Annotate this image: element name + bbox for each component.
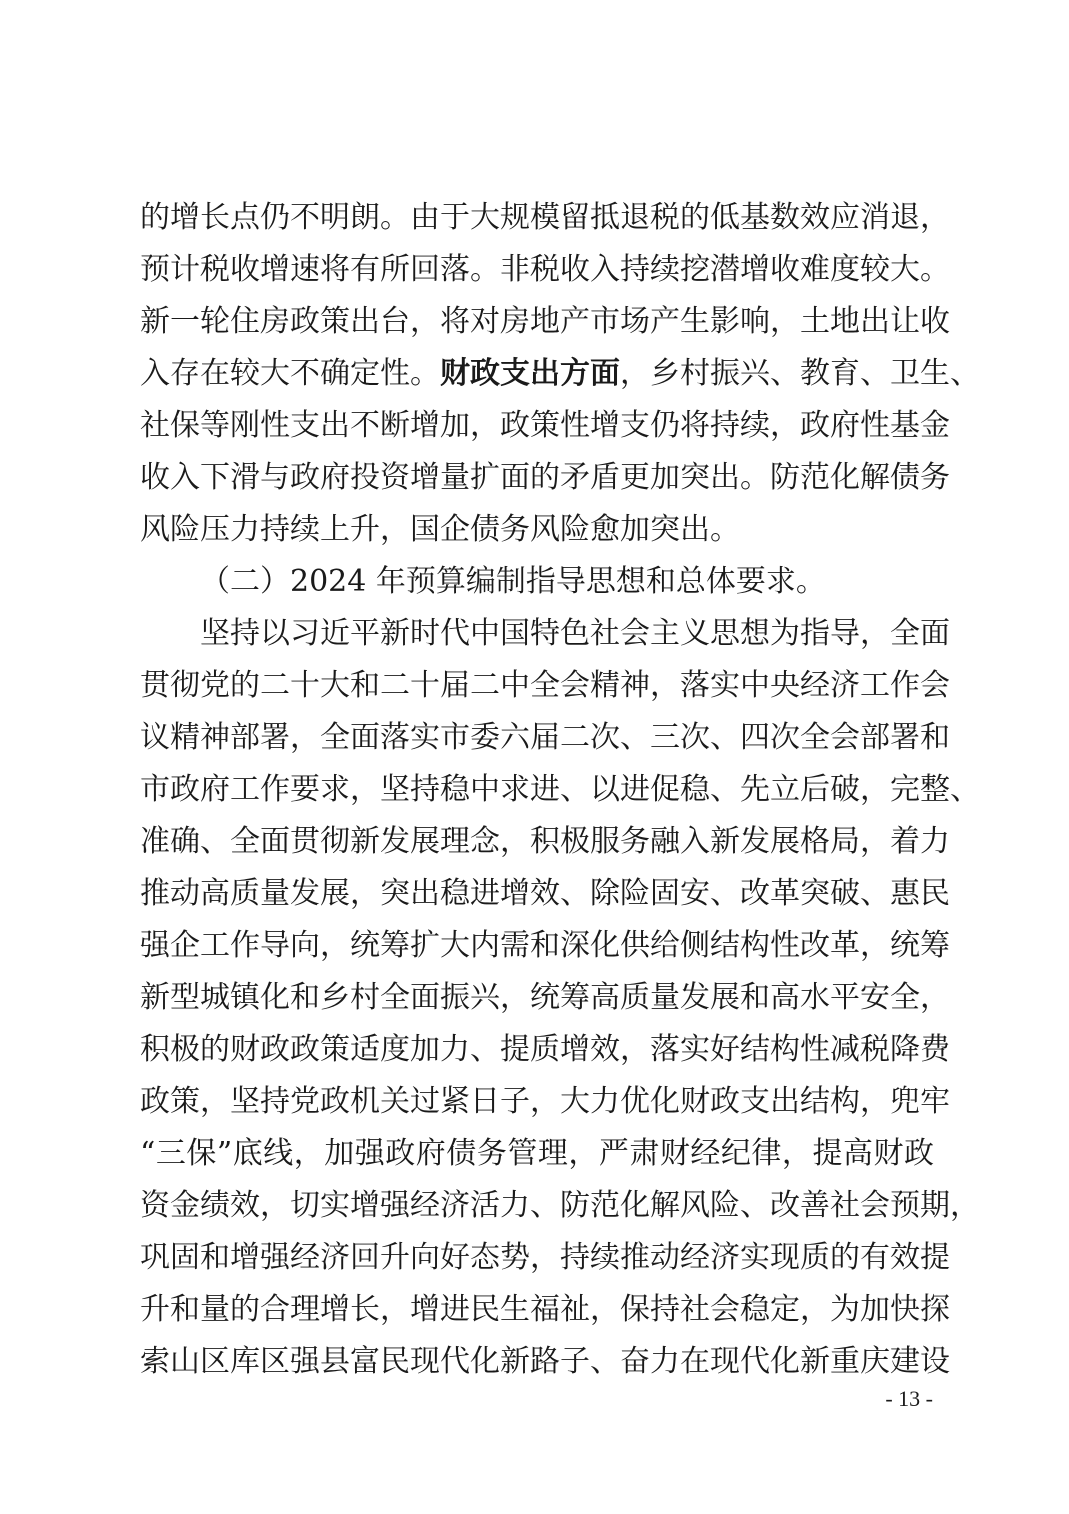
text-segment: 入存在较大不确定性。	[140, 356, 440, 391]
text-line: 新一轮住房政策出台，将对房地产市场产生影响，土地出让收	[140, 302, 934, 342]
text-line: 推动高质量发展，突出稳进增效、除险固安、改革突破、惠民	[140, 874, 934, 914]
text-line: 预计税收增速将有所回落。非税收入持续挖潜增收难度较大。	[140, 250, 934, 290]
text-line: “三保”底线，加强政府债务管理，严肃财经纪律，提高财政	[140, 1134, 934, 1174]
text-line: 的增长点仍不明朗。由于大规模留抵退税的低基数效应消退，	[140, 198, 934, 238]
document-page: 的增长点仍不明朗。由于大规模留抵退税的低基数效应消退， 预计税收增速将有所回落。…	[0, 0, 1069, 1514]
text-line: 贯彻党的二十大和二十届二中全会精神，落实中央经济工作会	[140, 666, 934, 706]
text-line: 收入下滑与政府投资增量扩面的矛盾更加突出。防范化解债务	[140, 458, 934, 498]
text-line-with-emphasis: 入存在较大不确定性。财政支出方面，乡村振兴、教育、卫生、	[140, 354, 934, 394]
text-segment: ，乡村振兴、教育、卫生、	[620, 356, 980, 391]
text-line: 社保等刚性支出不断增加，政策性增支仍将持续，政府性基金	[140, 406, 934, 446]
text-line: 资金绩效，切实增强经济活力、防范化解风险、改善社会预期，	[140, 1186, 934, 1226]
text-line: 风险压力持续上升，国企债务风险愈加突出。	[140, 510, 934, 550]
text-line: 强企工作导向，统筹扩大内需和深化供给侧结构性改革，统筹	[140, 926, 934, 966]
text-line: 升和量的合理增长，增进民生福祉，保持社会稳定，为加快探	[140, 1290, 934, 1330]
text-line: 准确、全面贯彻新发展理念，积极服务融入新发展格局，着力	[140, 822, 934, 862]
bold-emphasis-fiscal-expenditure: 财政支出方面	[440, 356, 620, 391]
text-line: 巩固和增强经济回升向好态势，持续推动经济实现质的有效提	[140, 1238, 934, 1278]
section-heading: （二）2024 年预算编制指导思想和总体要求。	[200, 562, 934, 602]
text-line: 坚持以习近平新时代中国特色社会主义思想为指导，全面	[200, 614, 934, 654]
page-number: - 13 -	[885, 1384, 933, 1414]
text-line: 积极的财政政策适度加力、提质增效，落实好结构性减税降费	[140, 1030, 934, 1070]
text-line: 议精神部署，全面落实市委六届二次、三次、四次全会部署和	[140, 718, 934, 758]
text-line: 市政府工作要求，坚持稳中求进、以进促稳、先立后破，完整、	[140, 770, 934, 810]
text-line: 索山区库区强县富民现代化新路子、奋力在现代化新重庆建设	[140, 1342, 934, 1382]
text-line: 新型城镇化和乡村全面振兴，统筹高质量发展和高水平安全，	[140, 978, 934, 1018]
text-line: 政策，坚持党政机关过紧日子，大力优化财政支出结构，兜牢	[140, 1082, 934, 1122]
